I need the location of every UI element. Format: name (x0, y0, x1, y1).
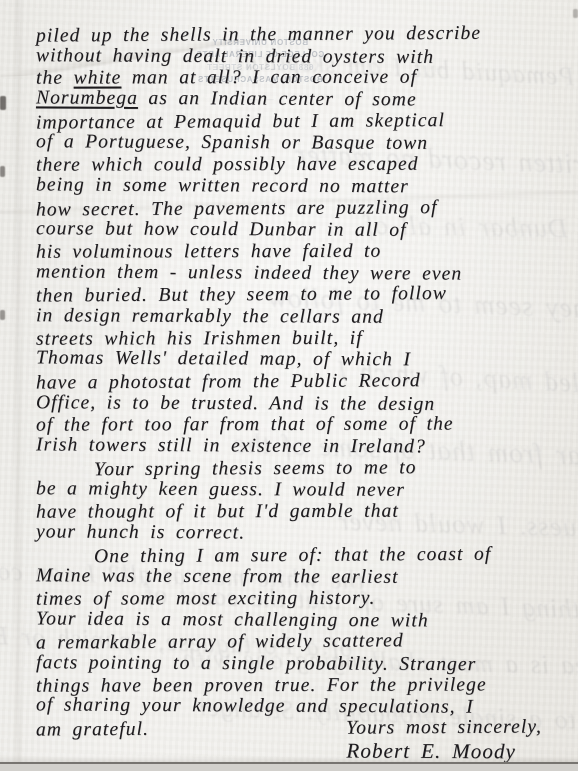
page-bottom-edge (0, 762, 578, 771)
letter-line: there which could possibly have escaped (36, 153, 542, 176)
letter-line: times of some most exciting history. (36, 587, 542, 610)
letter-line: be a mighty keen guess. I would never (36, 479, 542, 503)
letter-line: a remarkable array of widely scattered (36, 630, 542, 655)
letter-line: Norumbega as an Indian center of some (36, 87, 542, 111)
letter-line: One thing I am sure of: that the coast o… (36, 543, 542, 568)
letter-line: being in some written record no matter (36, 174, 542, 198)
letter-line: Maine was the scene from the earliest (36, 565, 542, 589)
letter-line: mention them - unless indeed they were e… (36, 261, 542, 285)
letter-line: Office, is to be trusted. And is the des… (36, 392, 542, 416)
scan-artifact (573, 9, 578, 18)
letter-line: of sharing your knowledge and speculatio… (36, 695, 542, 719)
letter-body: piled up the shells in the manner you de… (36, 24, 542, 761)
letter-line: piled up the shells in the manner you de… (36, 22, 542, 47)
scan-artifact (0, 166, 5, 177)
letter-line: how secret. The pavements are puzzling o… (36, 196, 542, 221)
closing-left: am grateful. (36, 719, 149, 741)
letter-line: things have been proven true. For the pr… (36, 674, 542, 697)
letter-line: then buried. But they seem to me to foll… (36, 283, 542, 308)
letter-line: your hunch is correct. (36, 521, 542, 545)
letter-line: facts pointing to a single probability. … (36, 652, 542, 676)
paper-crease (12, 0, 24, 771)
letter-line: have a photostat from the Public Record (36, 369, 542, 394)
letter-line: Irish towers still in existence in Irela… (36, 434, 542, 458)
letter-line: in design remarkably the cellars and (36, 305, 542, 329)
letter-line: Your spring thesis seems to me to (36, 456, 542, 481)
letter-line: of the fort too far from that of some of… (36, 414, 542, 437)
letter-line: importance at Pemaquid but I am skeptica… (36, 109, 542, 134)
scan-artifact (0, 96, 6, 110)
letter-line: the white man at all? I can conceive of (36, 67, 542, 90)
letter-line: of a Portuguese, Spanish or Basque town (36, 132, 542, 156)
letter-line: streets which his Irishmen built, if (36, 327, 542, 350)
closing-right: Yours most sincerely, (346, 716, 542, 739)
letter-line: Your idea is a most challenging one with (36, 608, 542, 632)
scan-artifact (0, 310, 5, 320)
letter-line: have thought of it but I'd gamble that (36, 500, 542, 523)
letter-line: his voluminous letters have failed to (36, 240, 542, 263)
letter-page: BOSTON UNIVERSITYCOLLEGE OF LIBERAL ARTS… (0, 0, 578, 771)
closing-line: am grateful.Yours most sincerely, (36, 716, 542, 741)
letter-line: course but how could Dunbar in all of (36, 218, 542, 242)
letter-line: without having dealt in dried oysters wi… (36, 45, 542, 69)
letter-line: Thomas Wells' detailed map, of which I (36, 348, 542, 372)
